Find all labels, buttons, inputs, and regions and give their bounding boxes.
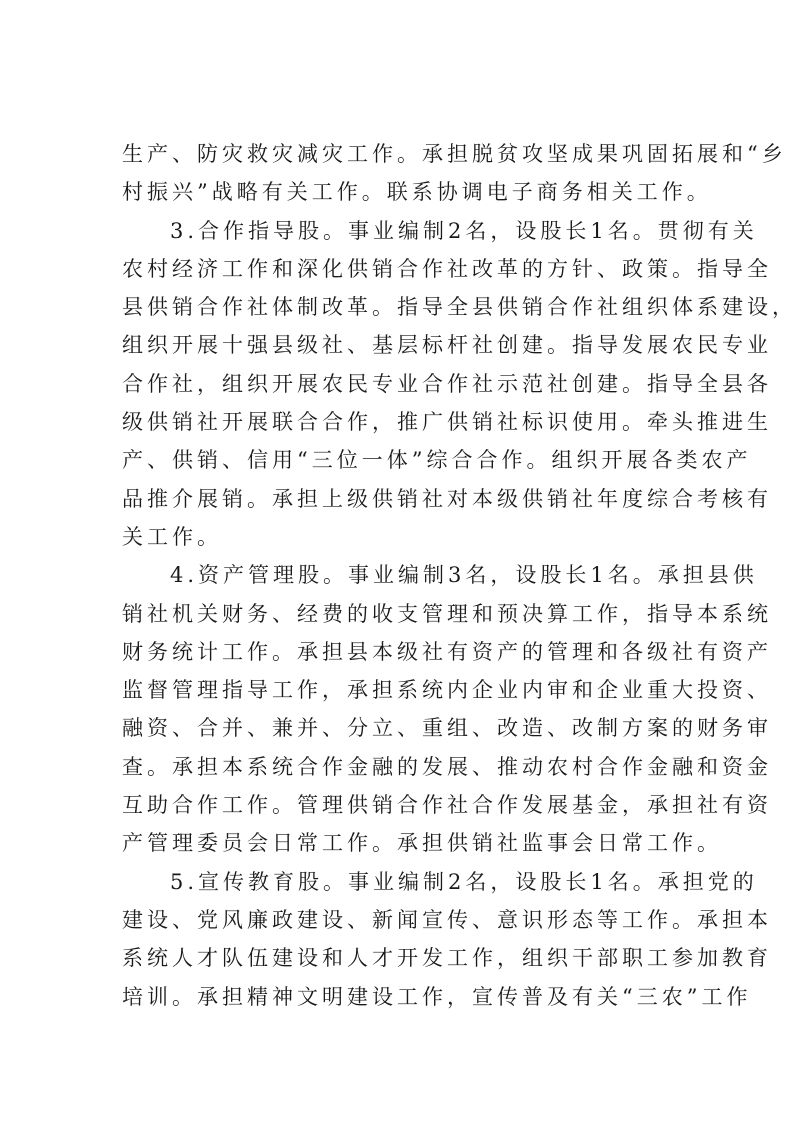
text-line: 销社机关财务、经费的收支管理和预决算工作，指导本系统 — [122, 595, 678, 633]
text-line: 产管理委员会日常工作。承担供销社监事会日常工作。 — [122, 824, 678, 862]
text-line: 村振兴”战略有关工作。联系协调电子商务相关工作。 — [122, 173, 678, 211]
text-line: 系统人才队伍建设和人才开发工作，组织干部职工参加教育 — [122, 939, 678, 977]
document-body: 生产、防灾救灾减灾工作。承担脱贫攻坚成果巩固拓展和“乡 村振兴”战略有关工作。联… — [122, 135, 678, 1016]
text-line: 县供销合作社体制改革。指导全县供销合作社组织体系建设， — [122, 288, 678, 326]
paragraph-section-4: 4.资产管理股。事业编制3名，设股长1名。承担县供 销社机关财务、经费的收支管理… — [122, 556, 678, 862]
text-line: 合作社，组织开展农民专业合作社示范社创建。指导全县各 — [122, 365, 678, 403]
text-line: 级供销社开展联合合作，推广供销社标识使用。牵头推进生 — [122, 403, 678, 441]
text-line: 财务统计工作。承担县本级社有资产的管理和各级社有资产 — [122, 633, 678, 671]
text-line: 建设、党风廉政建设、新闻宣传、意识形态等工作。承担本 — [122, 901, 678, 939]
text-line: 品推介展销。承担上级供销社对本级供销社年度综合考核有 — [122, 480, 678, 518]
text-line: 融资、合并、兼并、分立、重组、改造、改制方案的财务审 — [122, 709, 678, 747]
text-line: 监督管理指导工作，承担系统内企业内审和企业重大投资、 — [122, 671, 678, 709]
section-heading-line: 4.资产管理股。事业编制3名，设股长1名。承担县供 — [122, 556, 678, 594]
text-line: 互助合作工作。管理供销合作社合作发展基金，承担社有资 — [122, 786, 678, 824]
paragraph-section-5: 5.宣传教育股。事业编制2名，设股长1名。承担党的 建设、党风廉政建设、新闻宣传… — [122, 863, 678, 1016]
section-heading-line: 5.宣传教育股。事业编制2名，设股长1名。承担党的 — [122, 863, 678, 901]
text-line: 关工作。 — [122, 518, 678, 556]
text-line: 农村经济工作和深化供销合作社改革的方针、政策。指导全 — [122, 250, 678, 288]
text-line: 查。承担本系统合作金融的发展、推动农村合作金融和资金 — [122, 748, 678, 786]
document-page: 生产、防灾救灾减灾工作。承担脱贫攻坚成果巩固拓展和“乡 村振兴”战略有关工作。联… — [0, 0, 793, 1122]
text-line: 组织开展十强县级社、基层标杆社创建。指导发展农民专业 — [122, 326, 678, 364]
paragraph-continuation: 生产、防灾救灾减灾工作。承担脱贫攻坚成果巩固拓展和“乡 村振兴”战略有关工作。联… — [122, 135, 678, 212]
text-line: 产、供销、信用“三位一体”综合合作。组织开展各类农产 — [122, 441, 678, 479]
section-heading-line: 3.合作指导股。事业编制2名，设股长1名。贯彻有关 — [122, 212, 678, 250]
text-line: 培训。承担精神文明建设工作，宣传普及有关“三农”工作 — [122, 978, 678, 1016]
text-line: 生产、防灾救灾减灾工作。承担脱贫攻坚成果巩固拓展和“乡 — [122, 135, 678, 173]
paragraph-section-3: 3.合作指导股。事业编制2名，设股长1名。贯彻有关 农村经济工作和深化供销合作社… — [122, 212, 678, 557]
